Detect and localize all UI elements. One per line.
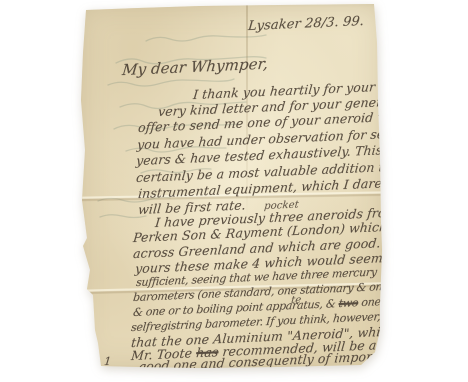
letter-photograph: Lysaker 28/3. 99. My dear Whymper, I tha… [0,0,468,382]
paper-wrapper: Lysaker 28/3. 99. My dear Whymper, I tha… [0,0,468,382]
line-segment: one [358,295,382,309]
struck-word: two [338,296,359,310]
letter-paper: Lysaker 28/3. 99. My dear Whymper, I tha… [78,3,384,369]
page-number: 1 [103,355,111,368]
insertion-word-te: te [291,295,302,306]
